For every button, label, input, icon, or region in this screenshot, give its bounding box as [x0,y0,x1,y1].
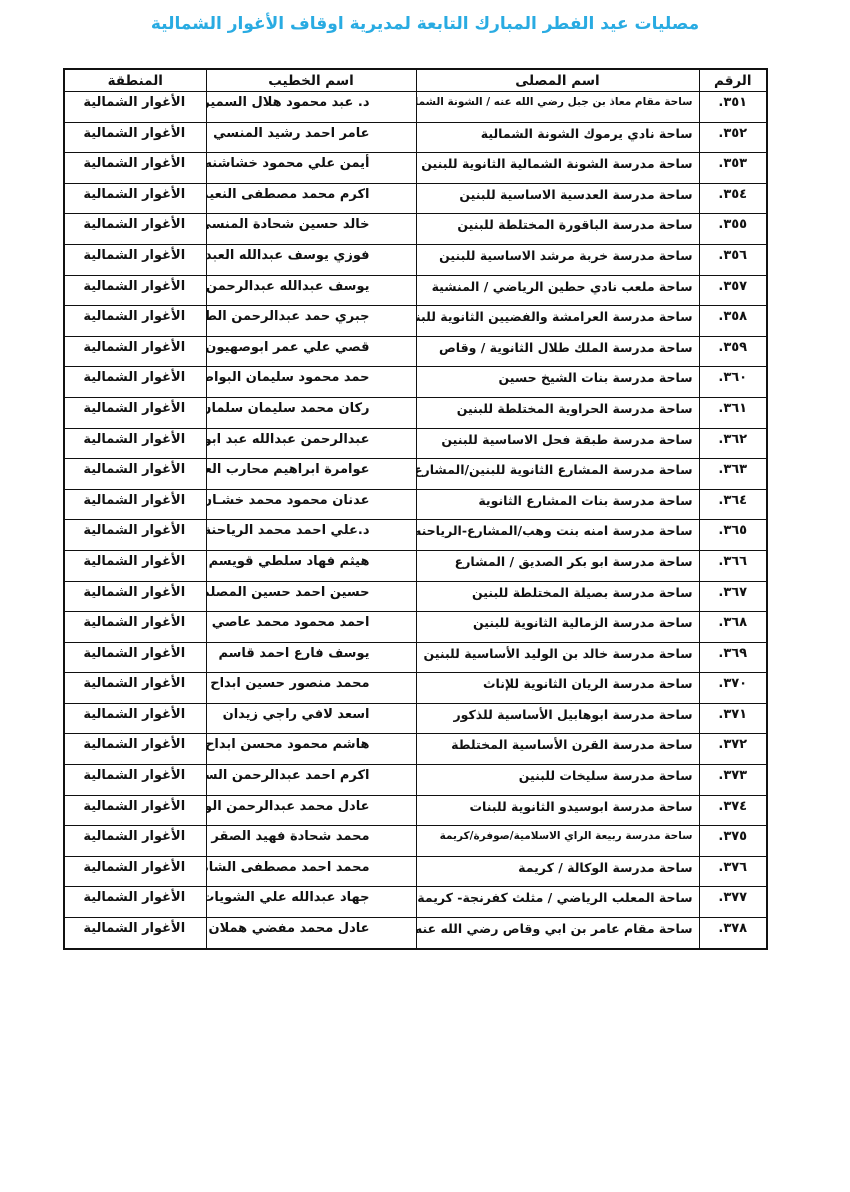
cell-number: ٣٥٦. [699,244,767,275]
cell-mosque: ساحة مدرسة خالد بن الوليد الأساسية للبني… [416,642,699,673]
table-row: ٣٧١. ساحة مدرسة ابوهابيل الأساسية للذكور… [64,703,767,734]
header-preacher: اسم الخطيب [206,69,416,92]
cell-region: الأغوار الشمالية [64,550,206,581]
cell-preacher: جهاد عبدالله علي الشويات [206,887,416,918]
cell-number: ٣٦٧. [699,581,767,612]
cell-region: الأغوار الشمالية [64,397,206,428]
table-row: ٣٧٦. ساحة مدرسة الوكالة / كريمة محمد احم… [64,856,767,887]
cell-region: الأغوار الشمالية [64,734,206,765]
cell-mosque: ساحة مقام عامر بن ابي وقاص رضي الله عنه [416,918,699,949]
cell-number: ٣٧١. [699,703,767,734]
table-row: ٣٧٣. ساحة مدرسة سليخات للبنين اكرم احمد … [64,765,767,796]
cell-mosque: ساحة مدرسة امنه بنت وهب/المشارع-الرياحنه [416,520,699,551]
cell-preacher: احمد محمود محمد عاصي [206,612,416,643]
cell-number: ٣٧٦. [699,856,767,887]
cell-mosque: ساحة مدرسة بصيلة المختلطة للبنين [416,581,699,612]
table-row: ٣٧٠. ساحة مدرسة الريان الثانوية للإناث م… [64,673,767,704]
cell-mosque: ساحة مدرسة الريان الثانوية للإناث [416,673,699,704]
table-row: ٣٦٣. ساحة مدرسة المشارع الثانوية للبنين/… [64,459,767,490]
cell-number: ٣٥٥. [699,214,767,245]
cell-number: ٣٧٣. [699,765,767,796]
table-row: ٣٧٥. ساحة مدرسة ربيعة الراي الاسلامية/صو… [64,826,767,857]
cell-number: ٣٧٠. [699,673,767,704]
cell-preacher: اكرم احمد عبدالرحمن السواعي [206,765,416,796]
cell-preacher: عوامرة ابراهيم محارب العوامرة [206,459,416,490]
cell-mosque: ساحة مدرسة العدسية الاساسية للبنين [416,183,699,214]
cell-number: ٣٥٢. [699,122,767,153]
cell-number: ٣٧٢. [699,734,767,765]
cell-region: الأغوار الشمالية [64,612,206,643]
prayer-locations-table: الرقم اسم المصلى اسم الخطيب المنطقة ٣٥١.… [63,68,768,950]
table-row: ٣٧٧. ساحة المعلب الرياضي / مثلث كفرنجة- … [64,887,767,918]
table-header: الرقم اسم المصلى اسم الخطيب المنطقة [64,69,767,92]
cell-preacher: يوسف فارع احمد قاسم [206,642,416,673]
cell-region: الأغوار الشمالية [64,918,206,949]
cell-mosque: ساحة نادي يرموك الشونة الشمالية [416,122,699,153]
cell-mosque: ساحة مقام معاذ بن جبل رضي الله عنه / الش… [416,92,699,123]
cell-region: الأغوار الشمالية [64,459,206,490]
cell-number: ٣٦٠. [699,367,767,398]
table-row: ٣٦٤. ساحة مدرسة بنات المشارع الثانوية عد… [64,489,767,520]
cell-number: ٣٧٧. [699,887,767,918]
cell-preacher: خالد حسين شحادة المنسي [206,214,416,245]
cell-number: ٣٦٤. [699,489,767,520]
table-row: ٣٥٦. ساحة مدرسة خربة مرشد الاساسية للبني… [64,244,767,275]
cell-mosque: ساحة مدرسة المشارع الثانوية للبنين/المشا… [416,459,699,490]
cell-preacher: هاشم محمود محسن ابداح [206,734,416,765]
cell-number: ٣٥١. [699,92,767,123]
table-row: ٣٥٥. ساحة مدرسة الباقورة المختلطة للبنين… [64,214,767,245]
cell-preacher: عادل محمد مفضي هملان [206,918,416,949]
cell-region: الأغوار الشمالية [64,673,206,704]
cell-preacher: حمد محمود سليمان البواطي [206,367,416,398]
table-row: ٣٦٦. ساحة مدرسة ابو بكر الصديق / المشارع… [64,550,767,581]
cell-preacher: عادل محمد عبدالرحمن الوحشه [206,795,416,826]
cell-region: الأغوار الشمالية [64,489,206,520]
page-title: مصليات عيد الفطر المبارك التابعة لمديرية… [0,14,850,34]
cell-region: الأغوار الشمالية [64,122,206,153]
cell-region: الأغوار الشمالية [64,183,206,214]
cell-preacher: محمد احمد مصطفى الشامي [206,856,416,887]
table-row: ٣٥٧. ساحة ملعب نادي حطين الرياضي / المنش… [64,275,767,306]
table-row: ٣٥٨. ساحة مدرسة العرامشة والفضيين الثانو… [64,306,767,337]
cell-preacher: حسين احمد حسين المصلمين [206,581,416,612]
cell-region: الأغوار الشمالية [64,275,206,306]
cell-region: الأغوار الشمالية [64,642,206,673]
table-row: ٣٥٢. ساحة نادي يرموك الشونة الشمالية عام… [64,122,767,153]
cell-number: ٣٦٢. [699,428,767,459]
cell-preacher: اكرم محمد مصطفى النعيمي [206,183,416,214]
cell-mosque: ساحة مدرسة الملك طلال الثانوية / وقاص [416,336,699,367]
cell-mosque: ساحة مدرسة الزمالية الثانوية للبنين [416,612,699,643]
cell-number: ٣٥٤. [699,183,767,214]
document-page: مصليات عيد الفطر المبارك التابعة لمديرية… [0,0,850,1192]
cell-preacher: جبري حمد عبدالرحمن الطالب [206,306,416,337]
cell-region: الأغوار الشمالية [64,765,206,796]
cell-mosque: ساحة مدرسة ابو بكر الصديق / المشارع [416,550,699,581]
header-region: المنطقة [64,69,206,92]
table-row: ٣٦٥. ساحة مدرسة امنه بنت وهب/المشارع-الر… [64,520,767,551]
cell-region: الأغوار الشمالية [64,581,206,612]
cell-preacher: أيمن علي محمود خشاشنه [206,153,416,184]
cell-number: ٣٦٣. [699,459,767,490]
header-mosque: اسم المصلى [416,69,699,92]
cell-preacher: قصي علي عمر ابوصهيون [206,336,416,367]
table-row: ٣٦٠. ساحة مدرسة بنات الشيخ حسين حمد محمو… [64,367,767,398]
cell-mosque: ساحة مدرسة الباقورة المختلطة للبنين [416,214,699,245]
cell-number: ٣٥٧. [699,275,767,306]
table-row: ٣٥٤. ساحة مدرسة العدسية الاساسية للبنين … [64,183,767,214]
cell-region: الأغوار الشمالية [64,244,206,275]
cell-mosque: ساحة مدرسة ابوسيدو الثانوية للبنات [416,795,699,826]
cell-region: الأغوار الشمالية [64,887,206,918]
cell-region: الأغوار الشمالية [64,428,206,459]
table-row: ٣٥٩. ساحة مدرسة الملك طلال الثانوية / وق… [64,336,767,367]
table-row: ٣٦٨. ساحة مدرسة الزمالية الثانوية للبنين… [64,612,767,643]
cell-preacher: فوزي يوسف عبدالله العبد [206,244,416,275]
header-number: الرقم [699,69,767,92]
cell-number: ٣٧٥. [699,826,767,857]
cell-region: الأغوار الشمالية [64,214,206,245]
cell-mosque: ساحة مدرسة الشونة الشمالية الثانوية للبن… [416,153,699,184]
cell-region: الأغوار الشمالية [64,826,206,857]
cell-preacher: محمد شحادة فهيد الصقر [206,826,416,857]
cell-region: الأغوار الشمالية [64,795,206,826]
cell-mosque: ساحة مدرسة سليخات للبنين [416,765,699,796]
cell-preacher: عامر احمد رشيد المنسي [206,122,416,153]
cell-preacher: ركان محمد سليمان سلمان [206,397,416,428]
cell-mosque: ساحة مدرسة الحراوية المختلطة للبنين [416,397,699,428]
cell-number: ٣٦٦. [699,550,767,581]
cell-mosque: ساحة مدرسة الوكالة / كريمة [416,856,699,887]
table-row: ٣٧٢. ساحة مدرسة القرن الأساسية المختلطة … [64,734,767,765]
cell-number: ٣٥٣. [699,153,767,184]
cell-preacher: يوسف عبدالله عبدالرحمن المنسي [206,275,416,306]
cell-number: ٣٦١. [699,397,767,428]
cell-preacher: د. عبد محمود هلال السميرات [206,92,416,123]
table-body: ٣٥١. ساحة مقام معاذ بن جبل رضي الله عنه … [64,92,767,949]
cell-number: ٣٦٥. [699,520,767,551]
table-row: ٣٥١. ساحة مقام معاذ بن جبل رضي الله عنه … [64,92,767,123]
cell-number: ٣٦٩. [699,642,767,673]
cell-mosque: ساحة مدرسة بنات المشارع الثانوية [416,489,699,520]
table-row: ٣٧٤. ساحة مدرسة ابوسيدو الثانوية للبنات … [64,795,767,826]
cell-mosque: ساحة مدرسة ابوهابيل الأساسية للذكور [416,703,699,734]
cell-number: ٣٧٤. [699,795,767,826]
cell-preacher: اسعد لافي راجي زيدان [206,703,416,734]
header-row: الرقم اسم المصلى اسم الخطيب المنطقة [64,69,767,92]
table-row: ٣٦٢. ساحة مدرسة طبقة فحل الاساسية للبنين… [64,428,767,459]
cell-preacher: عدنان محمود محمد خشـان [206,489,416,520]
table-row: ٣٦٩. ساحة مدرسة خالد بن الوليد الأساسية … [64,642,767,673]
table-row: ٣٦٧. ساحة مدرسة بصيلة المختلطة للبنين حس… [64,581,767,612]
cell-number: ٣٥٩. [699,336,767,367]
cell-mosque: ساحة مدرسة العرامشة والفضيين الثانوية لل… [416,306,699,337]
cell-mosque: ساحة ملعب نادي حطين الرياضي / المنشية [416,275,699,306]
cell-mosque: ساحة مدرسة ربيعة الراي الاسلامية/صوفرة/ك… [416,826,699,857]
cell-mosque: ساحة مدرسة طبقة فحل الاساسية للبنين [416,428,699,459]
table-row: ٣٧٨. ساحة مقام عامر بن ابي وقاص رضي الله… [64,918,767,949]
cell-region: الأغوار الشمالية [64,703,206,734]
table-row: ٣٦١. ساحة مدرسة الحراوية المختلطة للبنين… [64,397,767,428]
table-row: ٣٥٣. ساحة مدرسة الشونة الشمالية الثانوية… [64,153,767,184]
cell-mosque: ساحة مدرسة القرن الأساسية المختلطة [416,734,699,765]
cell-region: الأغوار الشمالية [64,856,206,887]
cell-preacher: عبدالرحمن عبدالله عبد ابو الرب [206,428,416,459]
cell-mosque: ساحة مدرسة بنات الشيخ حسين [416,367,699,398]
cell-number: ٣٧٨. [699,918,767,949]
cell-region: الأغوار الشمالية [64,153,206,184]
cell-region: الأغوار الشمالية [64,92,206,123]
cell-preacher: د.علي احمد محمد الرياحنة [206,520,416,551]
cell-mosque: ساحة مدرسة خربة مرشد الاساسية للبنين [416,244,699,275]
cell-mosque: ساحة المعلب الرياضي / مثلث كفرنجة- كريمة [416,887,699,918]
cell-number: ٣٥٨. [699,306,767,337]
cell-region: الأغوار الشمالية [64,367,206,398]
cell-number: ٣٦٨. [699,612,767,643]
cell-region: الأغوار الشمالية [64,306,206,337]
cell-region: الأغوار الشمالية [64,520,206,551]
cell-region: الأغوار الشمالية [64,336,206,367]
cell-preacher: محمد منصور حسين ابداح [206,673,416,704]
cell-preacher: هيثم فهاد سلطي قويسم [206,550,416,581]
